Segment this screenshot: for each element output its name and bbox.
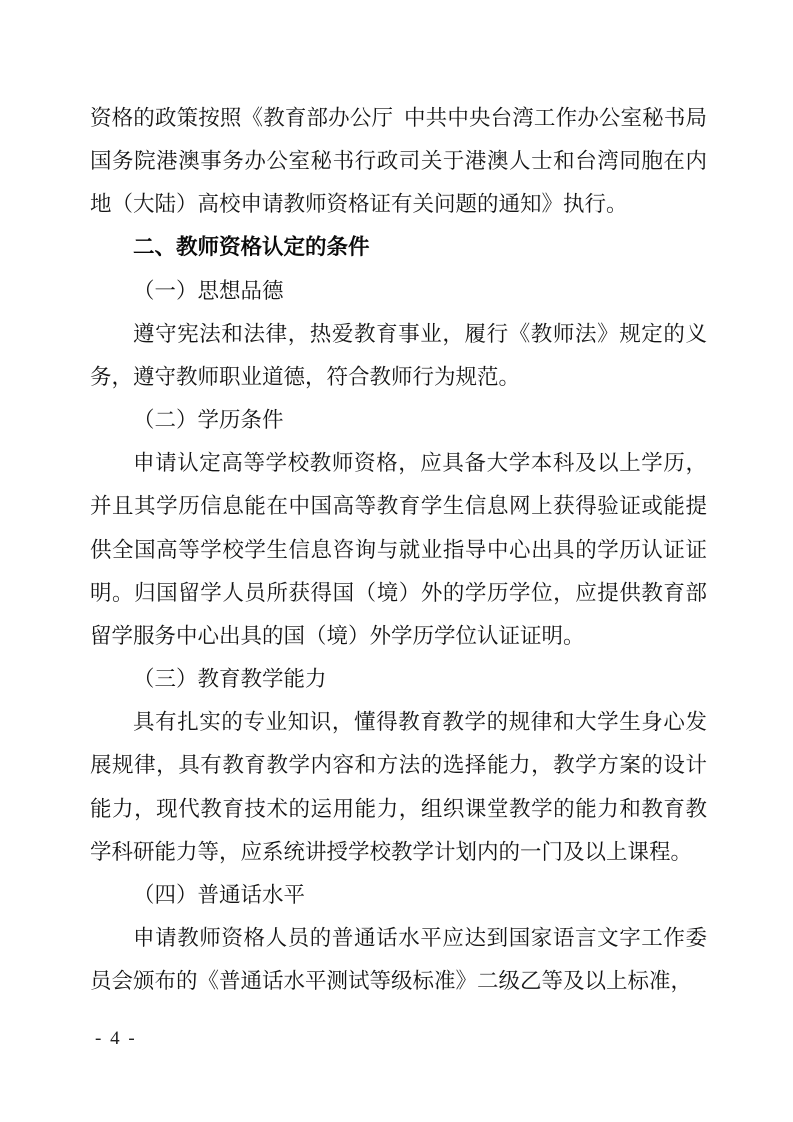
paragraph-mandarin-level: 申请教师资格人员的普通话水平应达到国家语言文字工作委员会颁布的《普通话水平测试等… <box>90 917 707 1003</box>
paragraph-teaching-ability: 具有扎实的专业知识，懂得教育教学的规律和大学生身心发展规律，具有教育教学内容和方… <box>90 701 707 874</box>
paragraph-policy-reference: 资格的政策按照《教育部办公厅 中共中央台湾工作办公室秘书局国务院港澳事务办公室秘… <box>90 97 707 226</box>
page-number: - 4 - <box>95 1027 137 1051</box>
paragraph-moral-character: 遵守宪法和法律，热爱教育事业，履行《教师法》规定的义务，遵守教师职业道德，符合教… <box>90 313 707 399</box>
document-page: 资格的政策按照《教育部办公厅 中共中央台湾工作办公室秘书局国务院港澳事务办公室秘… <box>0 0 793 1122</box>
section-heading-conditions: 二、教师资格认定的条件 <box>90 226 707 269</box>
document-body: 资格的政策按照《教育部办公厅 中共中央台湾工作办公室秘书局国务院港澳事务办公室秘… <box>90 97 707 1003</box>
paragraph-education-requirements: 申请认定高等学校教师资格，应具备大学本科及以上学历，并且其学历信息能在中国高等教… <box>90 442 707 658</box>
subsection-heading-education-requirements: （二）学历条件 <box>90 399 707 442</box>
subsection-heading-moral-character: （一）思想品德 <box>90 270 707 313</box>
subsection-heading-mandarin-level: （四）普通话水平 <box>90 874 707 917</box>
subsection-heading-teaching-ability: （三）教育教学能力 <box>90 658 707 701</box>
